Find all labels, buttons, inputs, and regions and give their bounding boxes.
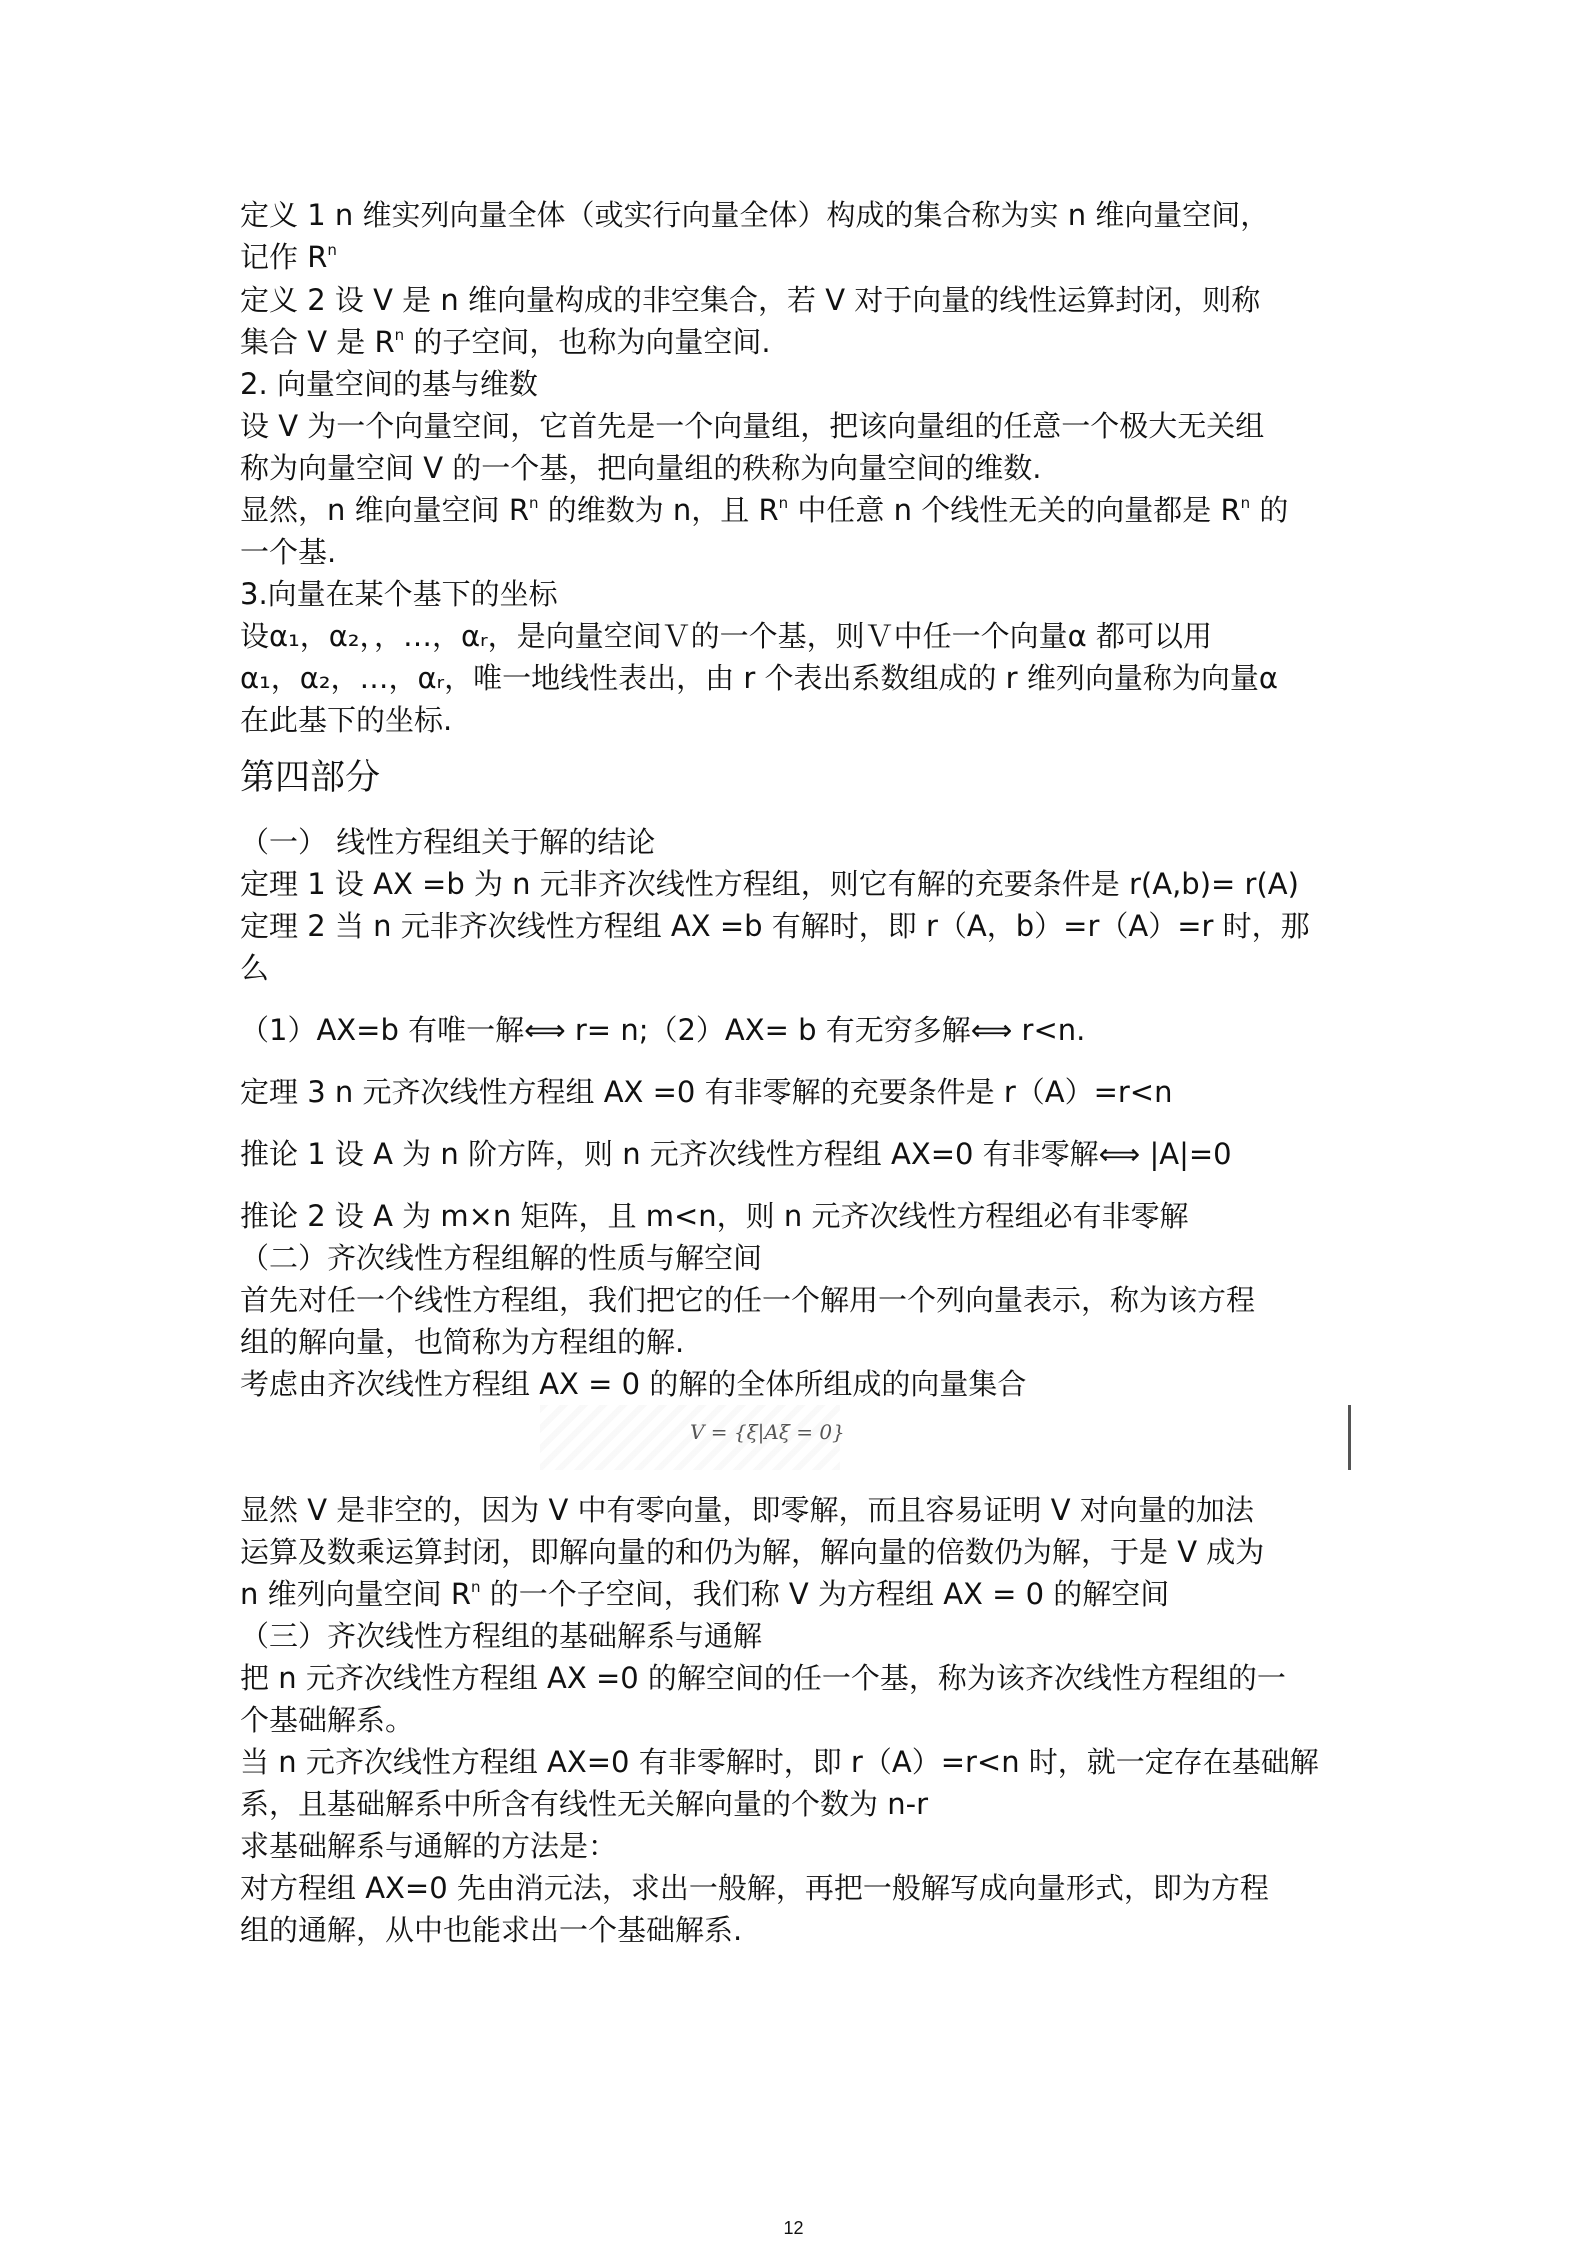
subsection-2-title: （二）齐次线性方程组解的性质与解空间: [240, 1238, 762, 1278]
fundamental-system-line-1: 把 n 元齐次线性方程组 AX =0 的解空间的任一个基，称为该齐次线性方程组的…: [240, 1658, 1286, 1698]
solution-space-line-1: 显然 V 是非空的，因为 V 中有零向量，即零解，而且容易证明 V 对向量的加法: [240, 1490, 1254, 1530]
text: 显然，n 维向量空间 R: [240, 493, 529, 527]
definition-2-line-2: 集合 V 是 Rn 的子空间，也称为向量空间.: [240, 322, 771, 362]
dimension-line-2: 一个基.: [240, 532, 336, 572]
coordinate-line-3: 在此基下的坐标.: [240, 700, 452, 740]
text: 中任意 n 个线性无关的向量都是 R: [788, 493, 1240, 527]
corollary-2: 推论 2 设 A 为 m×n 矩阵，且 m<n，则 n 元齐次线性方程组必有非零…: [240, 1196, 1189, 1236]
section-3-title: 3.向量在某个基下的坐标: [240, 574, 558, 614]
text: 记作 R: [240, 240, 327, 274]
superscript: n: [779, 494, 789, 512]
fundamental-system-line-2: 个基础解系。: [240, 1700, 414, 1740]
text: 的维数为 n，且 R: [538, 493, 778, 527]
corollary-1: 推论 1 设 A 为 n 阶方阵，则 n 元齐次线性方程组 AX=0 有非零解⟺…: [240, 1134, 1232, 1174]
superscript: n: [327, 241, 337, 259]
text: 的: [1250, 493, 1288, 527]
basis-line-2: 称为向量空间 V 的一个基，把向量组的秩称为向量空间的维数.: [240, 448, 1042, 488]
text: 的子空间，也称为向量空间.: [404, 325, 770, 359]
definition-1-line-2: 记作 Rn: [240, 237, 337, 277]
fundamental-system-line-4: 系，且基础解系中所含有线性无关解向量的个数为 n-r: [240, 1784, 928, 1824]
method-title: 求基础解系与通解的方法是：: [240, 1826, 617, 1866]
coordinate-line-1: 设α₁，α₂，，…，αᵣ，是向量空间Ｖ的一个基，则Ｖ中任一个向量α 都可以用: [240, 616, 1212, 656]
definition-2-line-1: 定义 2 设 V 是 n 维向量构成的非空集合，若 V 对于向量的线性运算封闭，…: [240, 280, 1260, 320]
solution-space-formula: V = {ξ|Aξ = 0}: [690, 1420, 845, 1444]
solution-space-line-2: 运算及数乘运算封闭，即解向量的和仍为解，解向量的倍数仍为解，于是 V 成为: [240, 1532, 1264, 1572]
solution-space-line-3: n 维列向量空间 Rn 的一个子空间，我们称 V 为方程组 AX = 0 的解空…: [240, 1574, 1169, 1614]
theorem-2-line-2: 么: [240, 948, 269, 988]
superscript: n: [395, 326, 405, 344]
theorem-3: 定理 3 n 元齐次线性方程组 AX =0 有非零解的充要条件是 r（A）=r<…: [240, 1072, 1172, 1112]
section-2-title: 2. 向量空间的基与维数: [240, 364, 538, 404]
superscript: n: [1241, 494, 1251, 512]
page-number: 12: [0, 2218, 1587, 2239]
solution-vector-line-2: 组的解向量，也简称为方程组的解.: [240, 1322, 684, 1362]
fundamental-system-line-3: 当 n 元齐次线性方程组 AX=0 有非零解时，即 r（A）=r<n 时，就一定…: [240, 1742, 1319, 1782]
theorem-2-cases: （1）AX=b 有唯一解⟺ r= n;（2）AX= b 有无穷多解⟺ r<n.: [240, 1010, 1085, 1050]
solution-set-intro: 考虑由齐次线性方程组 AX = 0 的解的全体所组成的向量集合: [240, 1364, 1026, 1404]
basis-line-1: 设 V 为一个向量空间，它首先是一个向量组，把该向量组的任意一个极大无关组: [240, 406, 1264, 446]
theorem-2-line-1: 定理 2 当 n 元非齐次线性方程组 AX =b 有解时，即 r（A，b）=r（…: [240, 906, 1310, 946]
subsection-1-title: （一） 线性方程组关于解的结论: [240, 822, 655, 862]
text: 的一个子空间，我们称 V 为方程组 AX = 0 的解空间: [480, 1577, 1169, 1611]
text: n 维列向量空间 R: [240, 1577, 471, 1611]
part-4-title: 第四部分: [240, 758, 380, 798]
document-page: 定义 1 n 维实列向量全体（或实行向量全体）构成的集合称为实 n 维向量空间，…: [0, 0, 1587, 2245]
definition-1-line-1: 定义 1 n 维实列向量全体（或实行向量全体）构成的集合称为实 n 维向量空间，: [240, 195, 1269, 235]
method-line-1: 对方程组 AX=0 先由消元法，求出一般解，再把一般解写成向量形式，即为方程: [240, 1868, 1269, 1908]
solution-vector-line-1: 首先对任一个线性方程组，我们把它的任一个解用一个列向量表示，称为该方程: [240, 1280, 1255, 1320]
coordinate-line-2: α₁，α₂，…，αᵣ，唯一地线性表出，由 r 个表出系数组成的 r 维列向量称为…: [240, 658, 1278, 698]
theorem-1: 定理 1 设 AX =b 为 n 元非齐次线性方程组，则它有解的充要条件是 r(…: [240, 864, 1299, 904]
subsection-3-title: （三）齐次线性方程组的基础解系与通解: [240, 1616, 762, 1656]
text-cursor-bar: [1348, 1405, 1351, 1470]
dimension-line-1: 显然，n 维向量空间 Rn 的维数为 n，且 Rn 中任意 n 个线性无关的向量…: [240, 490, 1288, 530]
method-line-2: 组的通解，从中也能求出一个基础解系.: [240, 1910, 742, 1950]
text: 集合 V 是 R: [240, 325, 395, 359]
